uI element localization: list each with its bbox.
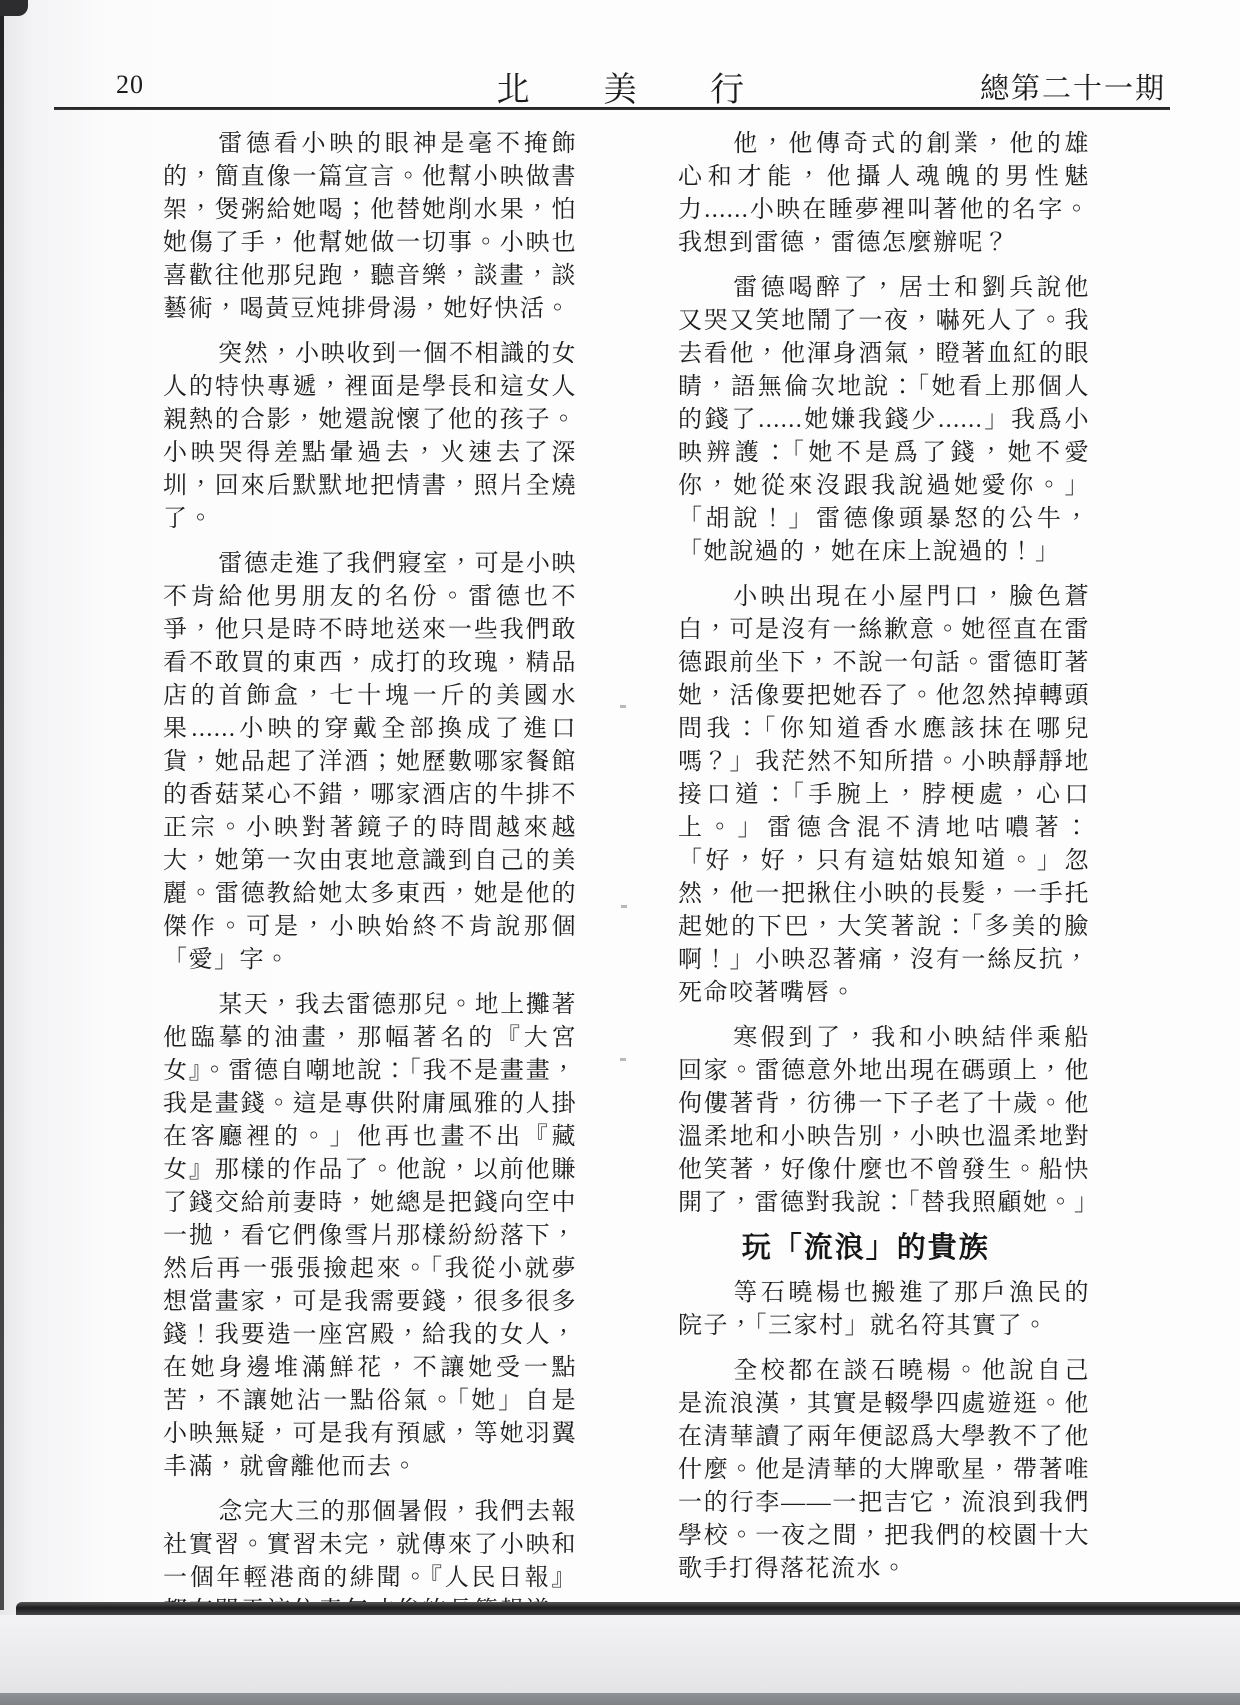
paragraph: 某天，我去雷德那兒。地上攤著他臨摹的油畫，那幅著名的『大宮女』。雷德自嘲地說：「… [163,989,577,1484]
scan-speck [621,905,627,908]
left-column: 雷德看小映的眼神是毫不掩飾的，簡直像一篇宣言。他幫小映做書架，煲粥給她喝；他替她… [163,128,577,1673]
paragraph: 雷德看小映的眼神是毫不掩飾的，簡直像一篇宣言。他幫小映做書架，煲粥給她喝；他替她… [163,128,577,326]
scan-speck [620,705,626,708]
scan-corner-mark [0,0,28,16]
scanned-magazine-page: 20 北 美 行 總第二十一期 雷德看小映的眼神是毫不掩飾的，簡直像一篇宣言。他… [0,0,1240,1705]
header-rule [54,107,1170,110]
scanner-background-dark [0,1693,1240,1705]
paragraph: 寒假到了，我和小映結伴乘船回家。雷德意外地出現在碼頭上，他佝僂著背，彷彿一下子老… [678,1022,1090,1220]
paragraph: 小映出現在小屋門口，臉色蒼白，可是沒有一絲歉意。她徑直在雷德跟前坐下，不說一句話… [678,581,1090,1010]
paragraph: 他，他傳奇式的創業，他的雄心和才能，他攝人魂魄的男性魅力......小映在睡夢裡… [678,128,1090,260]
scan-left-edge-shadow [0,0,4,1610]
right-column: 他，他傳奇式的創業，他的雄心和才能，他攝人魂魄的男性魅力......小映在睡夢裡… [678,128,1090,1598]
scan-speck [620,1058,626,1061]
paragraph: 全校都在談石曉楊。他說自己是流浪漢，其實是輟學四處遊逛。他在清華讀了兩年便認爲大… [678,1355,1090,1586]
paragraph: 等石曉楊也搬進了那户漁民的院子，「三家村」就名符其實了。 [678,1277,1090,1343]
scanner-background-light [0,1615,1240,1693]
section-heading: 玩「流浪」的貴族 [678,1232,1090,1265]
paragraph: 雷德喝醉了，居士和劉兵說他又哭又笑地鬧了一夜，嚇死人了。我去看他，他渾身酒氣，瞪… [678,272,1090,569]
paragraph: 突然，小映收到一個不相識的女人的特快專遞，裡面是學長和這女人親熱的合影，她還說懷… [163,338,577,536]
page-bottom-edge-shadow [16,1602,1240,1615]
issue-number: 總第二十一期 [980,66,1166,107]
paragraph: 雷德走進了我們寢室，可是小映不肯給他男朋友的名份。雷德也不爭，他只是時不時地送來… [163,548,577,977]
